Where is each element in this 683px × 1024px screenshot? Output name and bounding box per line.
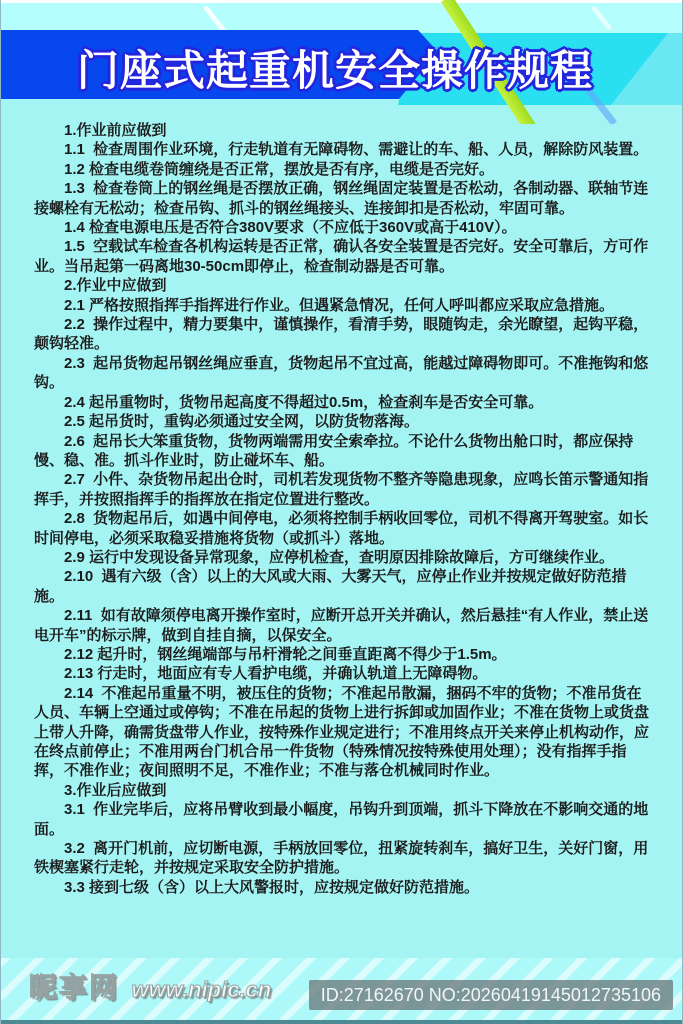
title-banner: 门座式起重机安全操作规程 bbox=[1, 0, 683, 124]
site-url: www.nipic.cn bbox=[131, 977, 271, 1002]
procedure-item: 3.3 接到七级（含）以上大风警报时，应按规定做好防范措施。 bbox=[34, 878, 656, 897]
image-id-badge: ID:27162670 NO:20260419145012735106 bbox=[309, 980, 673, 1010]
section-heading: 2.作业中应做到 bbox=[34, 276, 656, 295]
procedure-item: 2.13 行走时，地面应有专人看护电缆，并确认轨道上无障碍物。 bbox=[34, 664, 656, 683]
section-heading: 1.作业前应做到 bbox=[34, 121, 656, 140]
procedure-item: 3.1 作业完毕后，应将吊臂收到最小幅度，吊钩升到顶端，抓斗下降放在不影响交通的… bbox=[34, 800, 656, 839]
site-logo: 昵享网 www.nipic.cn bbox=[29, 966, 271, 1006]
procedure-item: 2.8 货物起吊后，如遇中间停电，必须将控制手柄收回零位，司机不得离开驾驶室。如… bbox=[34, 509, 656, 548]
site-name: 昵享网 bbox=[29, 972, 119, 1003]
procedure-item: 1.5 空载试车检查各机构运转是否正常，确认各安全装置是否完好。安全可靠后，方可… bbox=[34, 237, 656, 276]
procedure-item: 2.10 遇有六级（含）以上的大风或大雨、大雾天气，应停止作业并按规定做好防范措… bbox=[34, 567, 656, 606]
watermark-strip: 昵享网 www.nipic.cn ID:27162670 NO:20260419… bbox=[1, 958, 683, 1024]
procedure-item: 1.2 检查电缆卷筒缠绕是否正常，摆放是否有序，电缆是否完好。 bbox=[34, 160, 656, 179]
procedure-item: 2.6 起吊长大笨重货物，货物两端需用安全索牵拉。不论什么货物出舱口时，都应保持… bbox=[34, 432, 656, 471]
procedure-item: 2.7 小件、杂货物吊起出仓时，司机若发现货物不整齐等隐患现象，应鸣长笛示警通知… bbox=[34, 470, 656, 509]
procedure-item: 1.4 检查电源电压是否符合380V要求（不应低于360V或高于410V）。 bbox=[34, 218, 656, 237]
procedure-item: 2.2 操作过程中，精力要集中，谨慎操作，看清手势，眼随钩走，余光瞭望，起钩平稳… bbox=[34, 315, 656, 354]
poster-title: 门座式起重机安全操作规程 bbox=[77, 38, 593, 98]
safety-procedure-poster: 门座式起重机安全操作规程 1.作业前应做到1.1 检查周围作业环境，行走轨道有无… bbox=[0, 0, 683, 1024]
procedure-item: 2.1 严格按照指挥手指挥进行作业。但遇紧急情况，任何人呼叫都应采取应急措施。 bbox=[34, 296, 656, 315]
section-heading: 3.作业后应做到 bbox=[34, 781, 656, 800]
procedure-item: 2.4 起吊重物时，货物吊起高度不得超过0.5m，检查刹车是否安全可靠。 bbox=[34, 393, 656, 412]
white-slash-decoration bbox=[591, 5, 612, 30]
procedure-text: 1.作业前应做到1.1 检查周围作业环境，行走轨道有无障碍物、需避让的车、船、人… bbox=[34, 121, 656, 897]
procedure-item: 2.5 起吊货时，重钩必须通过安全网，以防货物落海。 bbox=[34, 412, 656, 431]
procedure-item: 2.3 起吊货物起吊钢丝绳应垂直，货物起吊不宜过高，能越过障碍物即可。不准拖钩和… bbox=[34, 354, 656, 393]
procedure-item: 3.2 离开门机前，应切断电源，手柄放回零位，扭紧旋转刹车，搞好卫生，关好门窗，… bbox=[34, 839, 656, 878]
procedure-item: 1.1 检查周围作业环境，行走轨道有无障碍物、需避让的车、船、人员，解除防风装置… bbox=[34, 140, 656, 159]
procedure-item: 2.12 起升时，钢丝绳端部与吊杆滑轮之间垂直距离不得少于1.5m。 bbox=[34, 645, 656, 664]
procedure-item: 2.9 运行中发现设备异常现象，应停机检查，查明原因排除故障后，方可继续作业。 bbox=[34, 548, 656, 567]
procedure-item: 1.3 检查卷筒上的钢丝绳是否摆放正确，钢丝绳固定装置是否松动，各制动器、联轴节… bbox=[34, 179, 656, 218]
procedure-item: 2.14 不准起吊重量不明，被压住的货物；不准起吊散漏，捆码不牢的货物；不准吊货… bbox=[34, 684, 656, 781]
procedure-item: 2.11 如有故障须停电离开操作室时，应断开总开关并确认，然后悬挂“有人作业，禁… bbox=[34, 606, 656, 645]
